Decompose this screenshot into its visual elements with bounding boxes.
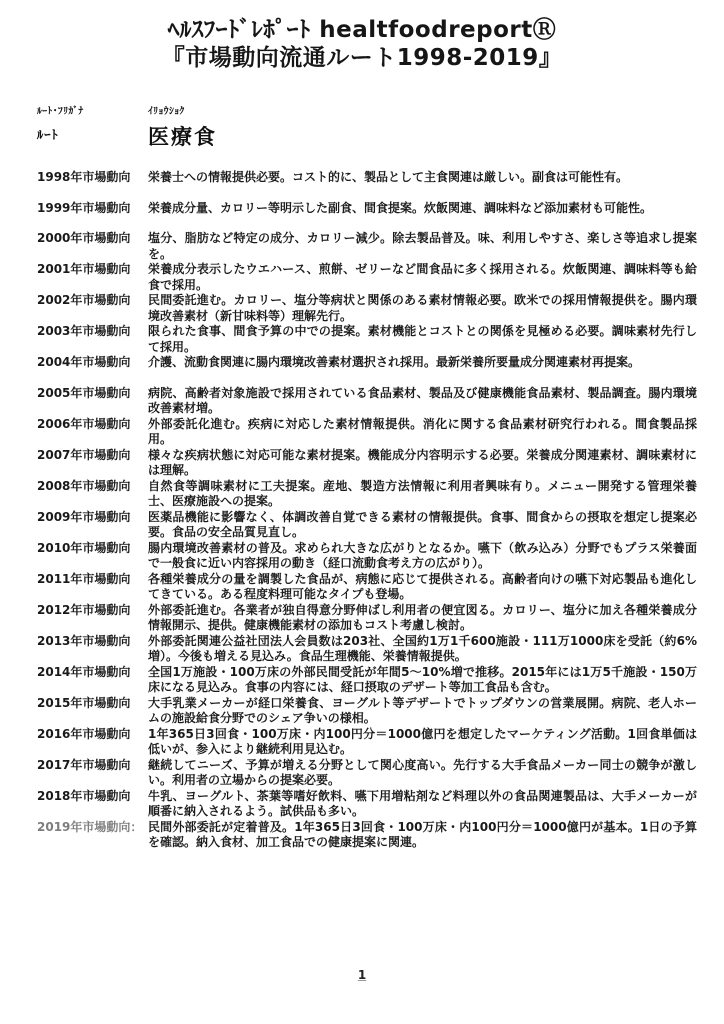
trend-year-label: 2016年市場動向 [37, 727, 148, 743]
trend-text: 様々な疾病状態に対応可能な素材提案。機能成分内容明示する必要。栄養成分関連素材、… [148, 448, 697, 479]
trend-text: 医薬品機能に影響なく、体調改善自覚できる素材の情報提供。食事、間食からの摂取を想… [148, 510, 697, 541]
trend-row: 2009年市場動向 医薬品機能に影響なく、体調改善自覚できる素材の情報提供。食事… [37, 510, 697, 541]
trend-text: 民間外部委託が定着普及。1年365日3回食・100万床・内100円分＝1000億… [148, 820, 697, 851]
trend-row: 2011年市場動向 各種栄養成分の量を調製した食品が、病態に応じて提供される。高… [37, 572, 697, 603]
trend-year-label: 2008年市場動向 [37, 479, 148, 495]
trend-row: 2001年市場動向 栄養成分表示したウエハース、煎餅、ゼリーなど間食品に多く採用… [37, 262, 697, 293]
report-subtitle: 『市場動向流通ルート1998-2019』 [0, 44, 724, 72]
trend-row: 2008年市場動向 自然食等調味素材に工夫提案。産地、製造方法情報に利用者興味有… [37, 479, 697, 510]
route-label-furigana: ﾙｰﾄ･ﾌﾘｶﾞﾅ [37, 106, 148, 118]
route-value-column: ｲﾘｮｳｼｮｸ 医療食 [148, 106, 217, 151]
trend-text: 栄養成分量、カロリー等明示した副食、間食提案。炊飯関連、調味料など添加素材も可能… [148, 201, 697, 217]
trend-text: 塩分、脂肪など特定の成分、カロリー減少。除去製品普及。味、利用しやすさ、楽しさ等… [148, 231, 697, 262]
trend-row: 1999年市場動向 栄養成分量、カロリー等明示した副食、間食提案。炊飯関連、調味… [37, 201, 697, 232]
trend-year-label: 2017年市場動向 [37, 758, 148, 774]
route-value-furigana: ｲﾘｮｳｼｮｸ [148, 106, 217, 118]
trend-row: 2016年市場動向 1年365日3回食・100万床・内100円分＝1000億円を… [37, 727, 697, 758]
route-header: ﾙｰﾄ･ﾌﾘｶﾞﾅ ﾙｰﾄ ｲﾘｮｳｼｮｸ 医療食 [37, 106, 724, 151]
trend-text: 介護、流動食関連に腸内環境改善素材選択され採用。最新栄養所要量成分関連素材再提案… [148, 355, 697, 371]
trend-text: 栄養成分表示したウエハース、煎餅、ゼリーなど間食品に多く採用される。炊飯関連、調… [148, 262, 697, 293]
trend-row: 1998年市場動向 栄養士への情報提供必要。コスト的に、製品として主食関連は厳し… [37, 170, 697, 201]
trend-year-label: 2015年市場動向 [37, 696, 148, 712]
page-number: 1 [358, 968, 366, 982]
trend-row: 2018年市場動向 牛乳、ヨーグルト、茶葉等嗜好飲料、嚥下用増粘剤など料理以外の… [37, 789, 697, 820]
trend-year-label: 2012年市場動向 [37, 603, 148, 619]
trend-year-label: 2009年市場動向 [37, 510, 148, 526]
trend-text: 病院、高齢者対象施設で採用されている食品素材、製品及び健康機能食品素材、製品調査… [148, 386, 697, 417]
trend-text: 自然食等調味素材に工夫提案。産地、製造方法情報に利用者興味有り。メニュー開発する… [148, 479, 697, 510]
trend-row: 2006年市場動向 外部委託化進む。疾病に対応した素材情報提供。消化に関する食品… [37, 417, 697, 448]
trend-year-label: 2003年市場動向 [37, 324, 148, 340]
trend-row: 2017年市場動向 継続してニーズ、予算が増える分野として関心度高い。先行する大… [37, 758, 697, 789]
trend-text: 限られた食事、間食予算の中での提案。素材機能とコストとの関係を見極める必要。調味… [148, 324, 697, 355]
trend-text: 外部委託化進む。疾病に対応した素材情報提供。消化に関する食品素材研究行われる。間… [148, 417, 697, 448]
route-label: ﾙｰﾄ [37, 125, 148, 143]
trend-text: 継続してニーズ、予算が増える分野として関心度高い。先行する大手食品メーカー同士の… [148, 758, 697, 789]
trend-text: 外部委託関連公益社団法人会員数は203社、全国約1万1千600施設・111万10… [148, 634, 697, 665]
trend-text: 外部委託進む。各業者が独自得意分野伸ばし利用者の便宜図る。カロリー、塩分に加え各… [148, 603, 697, 634]
trend-year-label: 1998年市場動向 [37, 170, 148, 186]
trend-year-label: 2001年市場動向 [37, 262, 148, 278]
trend-row: 2000年市場動向 塩分、脂肪など特定の成分、カロリー減少。除去製品普及。味、利… [37, 231, 697, 262]
trend-row: 2013年市場動向 外部委託関連公益社団法人会員数は203社、全国約1万1千60… [37, 634, 697, 665]
trend-year-label: 2011年市場動向 [37, 572, 148, 588]
trend-year-label: 2002年市場動向 [37, 293, 148, 309]
trend-text: 各種栄養成分の量を調製した食品が、病態に応じて提供される。高齢者向けの嚥下対応製… [148, 572, 697, 603]
trend-text: 栄養士への情報提供必要。コスト的に、製品として主食関連は厳しい。副食は可能性有。 [148, 170, 697, 186]
trend-year-label: 2019年市場動向： [37, 820, 148, 836]
trend-row: 2014年市場動向 全国1万施設・100万床の外部民間受託が年間5～10%増で推… [37, 665, 697, 696]
trend-year-label: 2007年市場動向 [37, 448, 148, 464]
trend-year-label: 2006年市場動向 [37, 417, 148, 433]
trend-year-label: 2013年市場動向 [37, 634, 148, 650]
route-label-column: ﾙｰﾄ･ﾌﾘｶﾞﾅ ﾙｰﾄ [37, 106, 148, 151]
title-block: ﾍﾙｽﾌｰﾄﾞﾚﾎﾟｰﾄ healtfoodreportⓇ 『市場動向流通ルート… [0, 16, 724, 72]
trend-row: 2005年市場動向 病院、高齢者対象施設で採用されている食品素材、製品及び健康機… [37, 386, 697, 417]
document-page: ﾍﾙｽﾌｰﾄﾞﾚﾎﾟｰﾄ healtfoodreportⓇ 『市場動向流通ルート… [0, 0, 724, 1024]
route-value: 医療食 [148, 121, 217, 151]
report-title: ﾍﾙｽﾌｰﾄﾞﾚﾎﾟｰﾄ healtfoodreportⓇ [0, 16, 724, 44]
trend-text: 大手乳業メーカーが経口栄養食、ヨーグルト等デザートでトップダウンの営業展開。病院… [148, 696, 697, 727]
trend-list: 1998年市場動向 栄養士への情報提供必要。コスト的に、製品として主食関連は厳し… [37, 170, 697, 851]
trend-text: 1年365日3回食・100万床・内100円分＝1000億円を想定したマーケティン… [148, 727, 697, 758]
trend-text: 全国1万施設・100万床の外部民間受託が年間5～10%増で推移。2015年には1… [148, 665, 697, 696]
trend-year-label: 2010年市場動向 [37, 541, 148, 557]
trend-year-label: 2000年市場動向 [37, 231, 148, 247]
trend-year-label: 2018年市場動向 [37, 789, 148, 805]
trend-row: 2010年市場動向 腸内環境改善素材の普及。求められ大きな広がりとなるか。嚥下（… [37, 541, 697, 572]
trend-year-label: 2014年市場動向 [37, 665, 148, 681]
trend-text: 腸内環境改善素材の普及。求められ大きな広がりとなるか。嚥下（飲み込み）分野でもプ… [148, 541, 697, 572]
trend-year-label: 1999年市場動向 [37, 201, 148, 217]
trend-year-label: 2004年市場動向 [37, 355, 148, 371]
trend-row: 2003年市場動向 限られた食事、間食予算の中での提案。素材機能とコストとの関係… [37, 324, 697, 355]
trend-year-label: 2005年市場動向 [37, 386, 148, 402]
trend-row: 2004年市場動向 介護、流動食関連に腸内環境改善素材選択され採用。最新栄養所要… [37, 355, 697, 386]
trend-text: 民間委託進む。カロリー、塩分等病状と関係のある素材情報必要。欧米での採用情報提供… [148, 293, 697, 324]
trend-row: 2012年市場動向 外部委託進む。各業者が独自得意分野伸ばし利用者の便宜図る。カ… [37, 603, 697, 634]
trend-row: 2002年市場動向 民間委託進む。カロリー、塩分等病状と関係のある素材情報必要。… [37, 293, 697, 324]
trend-row: 2019年市場動向： 民間外部委託が定着普及。1年365日3回食・100万床・内… [37, 820, 697, 851]
trend-text: 牛乳、ヨーグルト、茶葉等嗜好飲料、嚥下用増粘剤など料理以外の食品関連製品は、大手… [148, 789, 697, 820]
trend-row: 2007年市場動向 様々な疾病状態に対応可能な素材提案。機能成分内容明示する必要… [37, 448, 697, 479]
trend-row: 2015年市場動向 大手乳業メーカーが経口栄養食、ヨーグルト等デザートでトップダ… [37, 696, 697, 727]
